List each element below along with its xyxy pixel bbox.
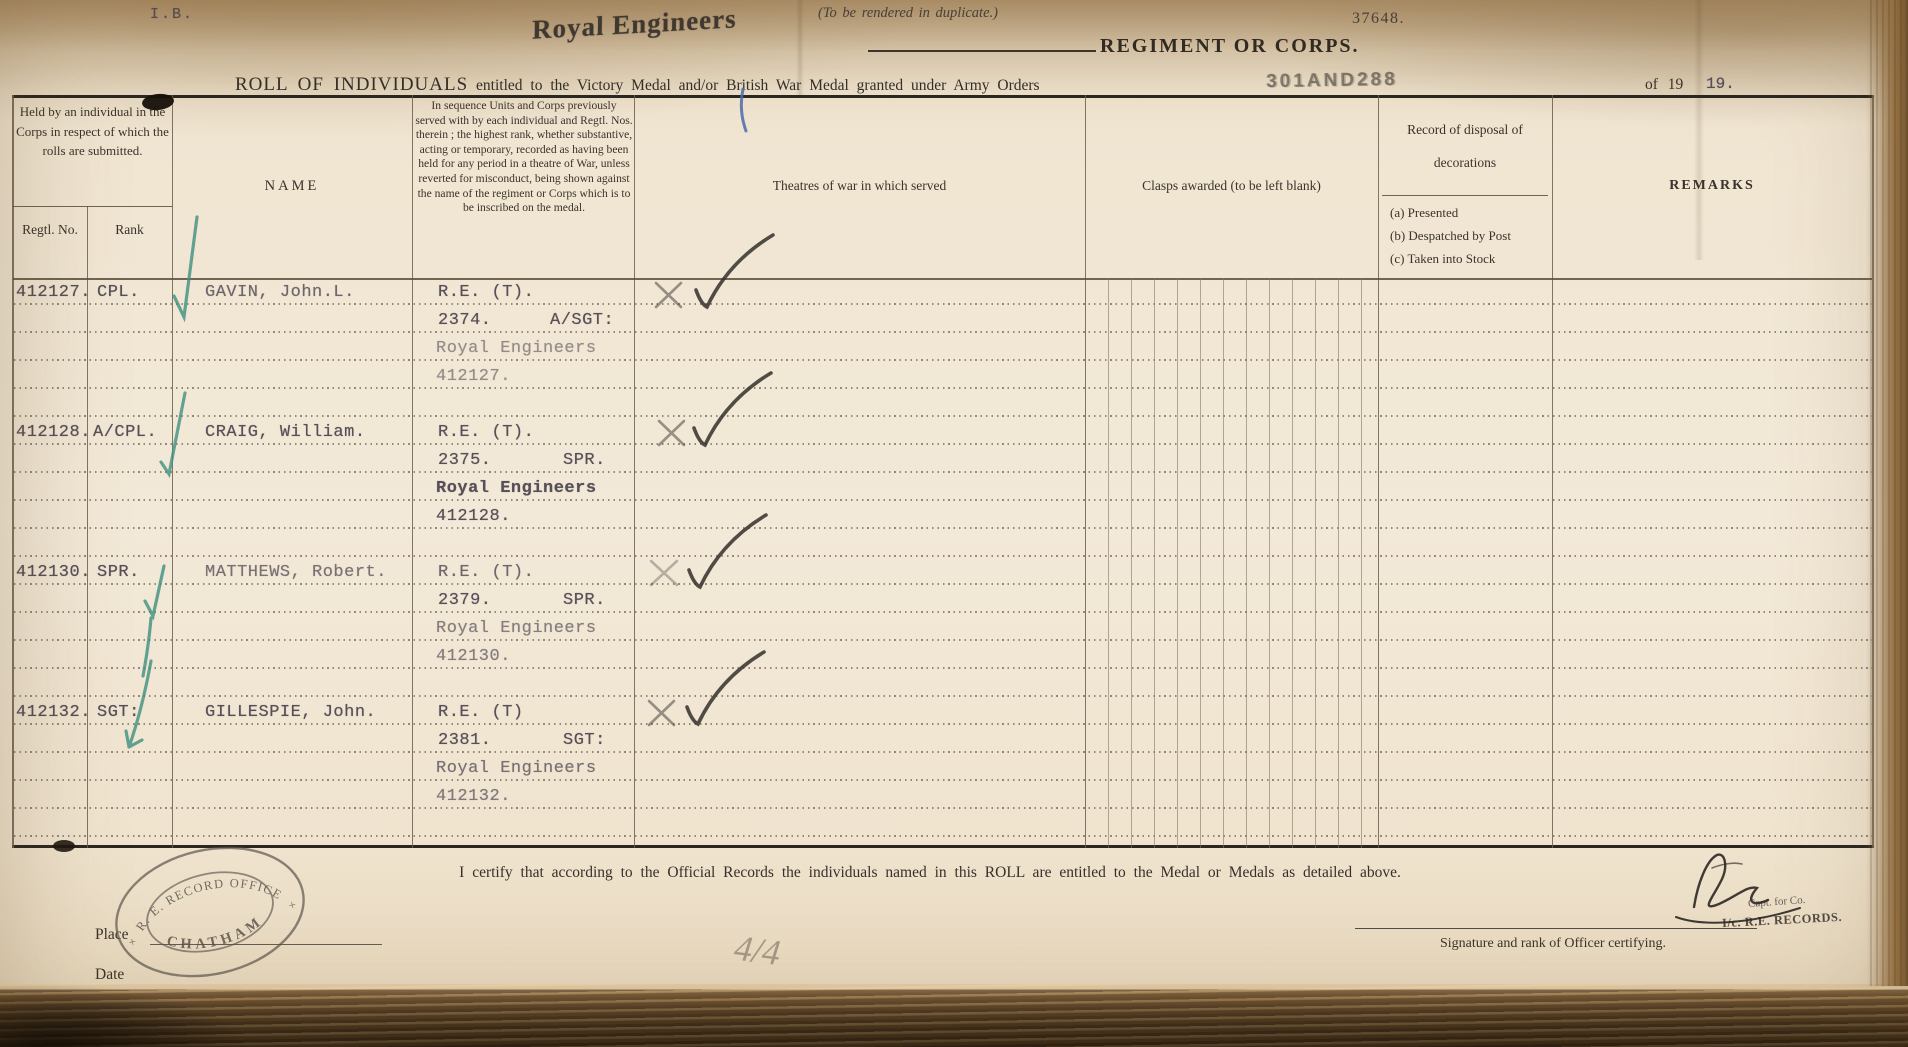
book-page-edges [0, 984, 1908, 1047]
row-unit: R.E. (T). [438, 563, 534, 582]
clasp-column-line [1292, 278, 1293, 848]
row-prev-rank: SPR. [563, 451, 606, 470]
clasp-column-line [1108, 278, 1109, 848]
certify-statement: I certify that according to the Official… [300, 864, 1560, 882]
row-unit: R.E. (T). [438, 423, 534, 442]
header-name: NAME [172, 178, 412, 195]
row-corps-no: 412132. [436, 787, 511, 806]
dotted-row-line [14, 303, 1872, 305]
clasp-column-line [1338, 278, 1339, 848]
signature-rule [1355, 928, 1757, 929]
row-corps: Royal Engineers [436, 759, 597, 778]
dotted-row-line [14, 471, 1872, 473]
row-unit: R.E. (T). [438, 283, 534, 302]
dotted-row-line [14, 555, 1872, 557]
row-prev-rank: SPR. [563, 591, 606, 610]
dotted-row-line [14, 751, 1872, 753]
dotted-row-line [14, 527, 1872, 529]
clasp-column-line [1361, 278, 1362, 848]
roll-title-text: entitled to the Victory Medal and/or Bri… [476, 77, 1040, 94]
row-corps-no: 412128. [436, 507, 511, 526]
row-regtl-no: 412132. [16, 703, 91, 722]
heldby-subheader-rule [13, 206, 172, 207]
place-label: Place [95, 926, 129, 944]
row-corps: Royal Engineers [436, 619, 597, 638]
header-held-by: Held by an individual in the Corps in re… [14, 102, 171, 161]
header-disposal-b: (b) Despatched by Post [1390, 228, 1511, 244]
year-typed: 19. [1706, 75, 1735, 93]
row-prev-rank: A/SGT: [550, 311, 614, 330]
row-name: GAVIN, John.L. [205, 283, 355, 302]
header-disposal-line2: decorations [1380, 155, 1550, 171]
row-corps-no: 412130. [436, 647, 511, 666]
header-theatres: Theatres of war in which served [634, 178, 1085, 194]
of-year-label: of 19 [1645, 76, 1683, 94]
duplicate-note: (To be rendered in duplicate.) [818, 5, 998, 22]
row-prev-rank: SGT: [563, 731, 606, 750]
dotted-row-line [14, 387, 1872, 389]
row-prev-no: 2375. [438, 451, 492, 470]
clasp-column-line [1200, 278, 1201, 848]
place-rule [150, 944, 382, 945]
row-rank: SGT: [97, 703, 140, 722]
header-in-sequence: In sequence Units and Corps previously s… [415, 99, 633, 216]
dotted-row-line [14, 583, 1872, 585]
dotted-row-line [14, 639, 1872, 641]
clasp-column-line [1246, 278, 1247, 848]
row-name: MATTHEWS, Robert. [205, 563, 387, 582]
row-name: CRAIG, William. [205, 423, 366, 442]
clasp-column-line [1131, 278, 1132, 848]
paper-background [0, 0, 1908, 1047]
dotted-row-line [14, 835, 1872, 837]
row-corps-no: 412127. [436, 367, 511, 386]
header-remarks: REMARKS [1552, 178, 1872, 194]
clasp-column-line [1315, 278, 1316, 848]
header-clasps: Clasps awarded (to be left blank) [1085, 178, 1378, 194]
row-regtl-no: 412130. [16, 563, 91, 582]
serial-number: 37648. [1352, 10, 1405, 28]
dotted-row-line [14, 499, 1872, 501]
header-rank: Rank [88, 222, 171, 238]
signature-caption: Signature and rank of Officer certifying… [1440, 936, 1666, 952]
corner-code: I.B. [150, 6, 194, 23]
header-bottom-rule [13, 278, 1872, 280]
row-regtl-no: 412127. [16, 283, 91, 302]
dotted-row-line [14, 415, 1872, 417]
row-rank: A/CPL. [93, 423, 157, 442]
dotted-row-line [14, 443, 1872, 445]
row-prev-no: 2374. [438, 311, 492, 330]
row-corps: Royal Engineers [436, 479, 597, 498]
clasp-column-line [1154, 278, 1155, 848]
date-label: Date [95, 966, 124, 984]
header-disposal-c: (c) Taken into Stock [1390, 251, 1495, 267]
clasp-column-line [1177, 278, 1178, 848]
row-unit: R.E. (T) [438, 703, 524, 722]
table-bottom-border [12, 845, 1874, 848]
regiment-name-rule [868, 50, 1096, 52]
dotted-row-line [14, 723, 1872, 725]
row-prev-no: 2381. [438, 731, 492, 750]
dotted-row-line [14, 695, 1872, 697]
row-corps: Royal Engineers [436, 339, 597, 358]
row-name: GILLESPIE, John. [205, 703, 376, 722]
dotted-row-line [14, 331, 1872, 333]
row-rank: SPR. [97, 563, 140, 582]
army-order-number-stamp: 301AND288 [1266, 69, 1398, 93]
clasp-column-line [1223, 278, 1224, 848]
header-regtl-no: Regtl. No. [14, 222, 86, 238]
dotted-row-line [14, 611, 1872, 613]
row-regtl-no: 412128. [16, 423, 91, 442]
row-prev-no: 2379. [438, 591, 492, 610]
roll-title: ROLL OF INDIVIDUALS entitled to the Vict… [235, 74, 1040, 96]
header-disposal-line1: Record of disposal of [1380, 122, 1550, 138]
page-right-edge [1866, 0, 1908, 986]
header-disposal-a: (a) Presented [1390, 205, 1458, 221]
dotted-row-line [14, 779, 1872, 781]
regiment-or-corps-label: REGIMENT OR CORPS. [1100, 35, 1360, 58]
row-rank: CPL. [97, 283, 140, 302]
clasp-column-line [1269, 278, 1270, 848]
disposal-subheader-rule [1382, 195, 1548, 196]
roll-title-caps: ROLL OF INDIVIDUALS [235, 74, 468, 95]
scanned-medal-roll-document: I.B. Royal Engineers (To be rendered in … [0, 0, 1908, 1047]
dotted-row-line [14, 359, 1872, 361]
dotted-row-line [14, 807, 1872, 809]
dotted-row-line [14, 667, 1872, 669]
